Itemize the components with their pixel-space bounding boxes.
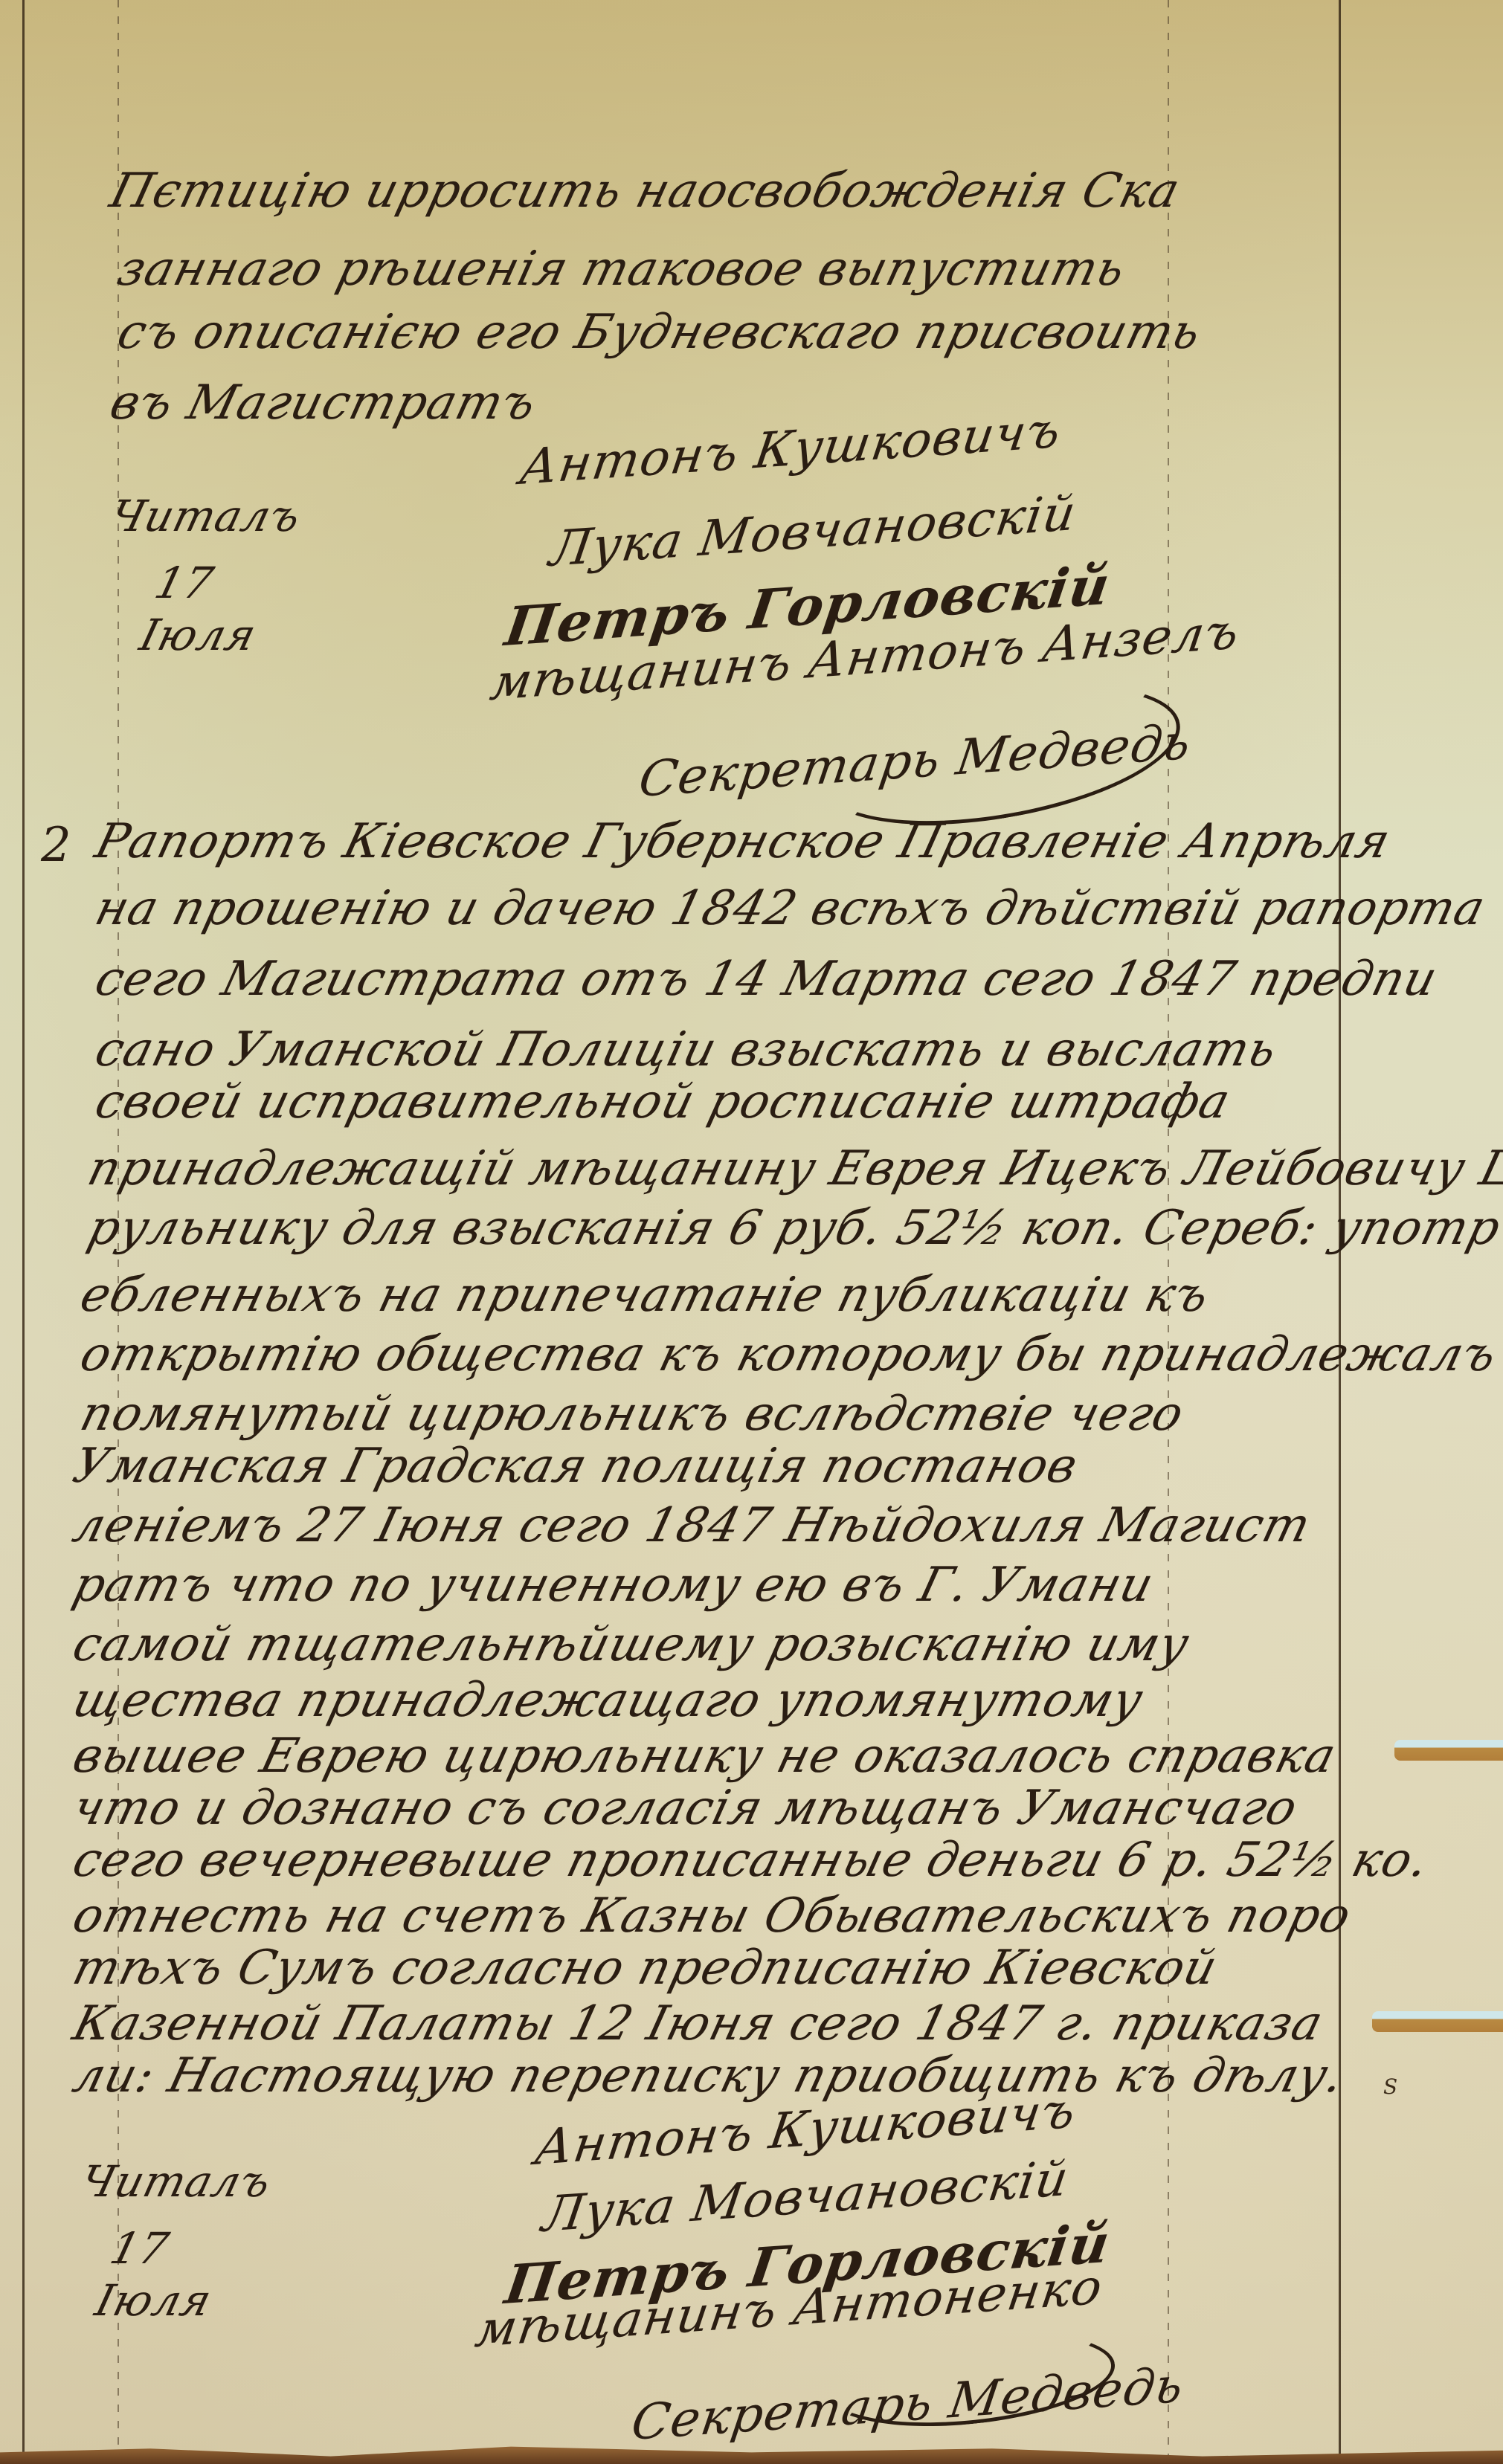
body-line: тѣхъ Сумъ согласно предписанію Кіевской	[68, 1944, 1222, 1992]
signature-kushkovich: Антонъ Кушковичъ	[517, 401, 1065, 496]
margin-note-read: Читалъ	[106, 491, 306, 541]
body-line: въ Магистратъ	[106, 379, 541, 427]
document-page: Пєтицію upросить наосвобожденія Ска занн…	[0, 0, 1503, 2464]
torn-bottom-edge	[0, 2445, 1503, 2464]
body-line: ебленныхъ на припечатаніе публикаціи къ	[76, 1271, 1214, 1319]
body-line: Казенной Палаты 12 Іюня сего 1847 г. при…	[68, 2000, 1327, 2048]
body-line: рульнику для взысканія 6 руб. 52½ коп. С…	[83, 1204, 1503, 1252]
margin-note-day: 17	[150, 558, 219, 608]
body-line: вышее Еврею цирюльнику не оказалось спра…	[68, 1732, 1341, 1780]
body-line: щества принадлежащаго упомянутому	[68, 1677, 1148, 1724]
body-line: ли: Настоящую переписку приобщить къ дѣл…	[68, 2052, 1349, 2100]
margin-note-month: Іюля	[135, 610, 262, 660]
body-line: сего Магистрата отъ 14 Марта сего 1847 п…	[91, 955, 1442, 1003]
corner-mark: Ѕ	[1383, 2074, 1397, 2099]
body-line: что и дознано съ согласія мѣщанъ Умансча…	[68, 1784, 1302, 1832]
body-line: своей исправительной росписаніе штрафа	[91, 1078, 1235, 1126]
body-line: помянутый цирюльникъ вслѣдствіе чего	[76, 1390, 1188, 1438]
body-line: Пєтицію upросить наосвобожденія Ска	[106, 167, 1185, 215]
body-line: отнесть на счетъ Казны Обывательскихъ по…	[68, 1892, 1356, 1940]
body-line: самой тщательнѣйшему розысканію иму	[68, 1621, 1194, 1668]
entry-number: 2	[41, 818, 72, 873]
body-line: Уманская Градская полиція постанов	[68, 1442, 1082, 1490]
margin-note-day: 17	[106, 2223, 175, 2274]
binding-tab	[1372, 2011, 1503, 2032]
margin-note-month: Іюля	[91, 2275, 217, 2326]
left-page-edge-line	[22, 0, 25, 2464]
body-line: ратъ что по учиненному ею въ Г. Умани	[68, 1561, 1159, 1609]
body-line: принадлежащій мѣщанину Еврея Ицекъ Лейбо…	[83, 1145, 1503, 1193]
body-line: заннаго рѣшенія таковое выпустить	[113, 245, 1130, 293]
body-line: Рапортъ Кіевское Губернское Правленіе Ап…	[91, 818, 1395, 865]
binding-tab	[1394, 1740, 1503, 1761]
body-line: сано Уманской Полиціи взыскать и выслать	[91, 1026, 1281, 1074]
margin-note-read: Читалъ	[76, 2156, 277, 2207]
body-line: леніемъ 27 Іюня сего 1847 Нѣйдохиля Маги…	[68, 1502, 1316, 1549]
body-line: на прошенію и дачею 1842 всѣхъ дѣйствій …	[91, 885, 1490, 932]
body-line: открытію общества къ которому бы принадл…	[76, 1331, 1502, 1378]
body-line: сего вечерневыше прописанные деньги 6 р.…	[68, 1836, 1434, 1884]
body-line: съ описанією его Будневскаго присвоить	[113, 309, 1206, 356]
